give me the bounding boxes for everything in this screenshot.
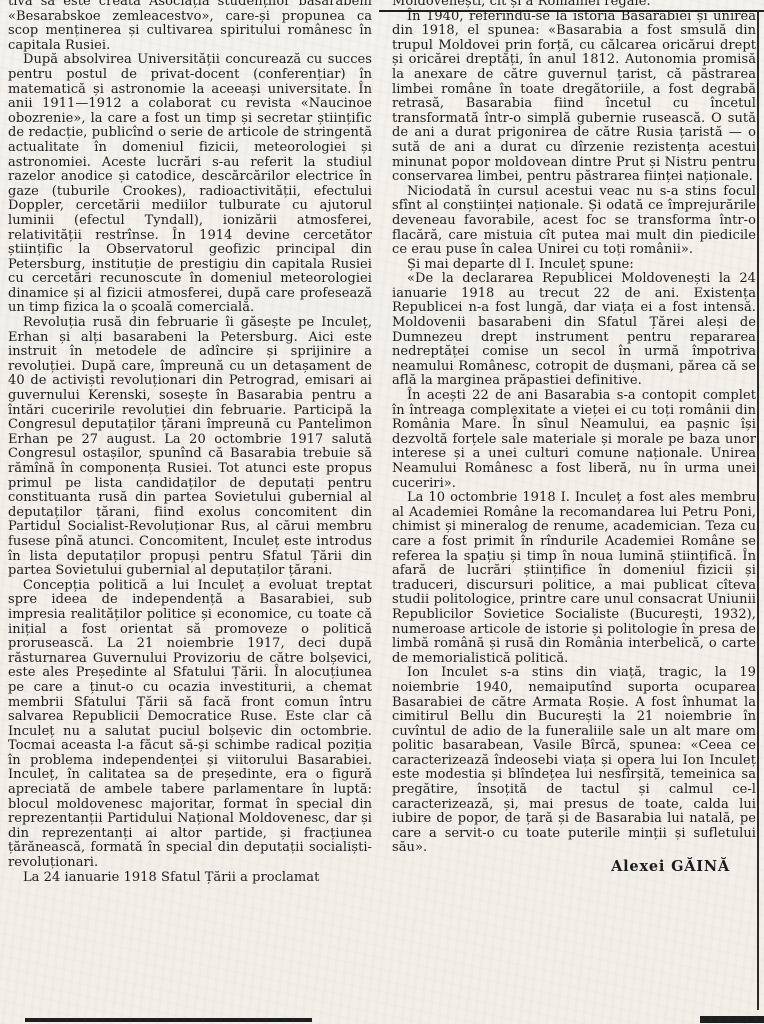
paragraph: Revoluția rusă din februarie îi găsește … <box>8 316 372 579</box>
article-body: tiva să este creată Asociația studențilo… <box>0 0 764 1024</box>
paragraph: Ion Inculet s-a stins din viață, tragic,… <box>392 666 756 856</box>
paragraph: După absolvirea Universității concurează… <box>8 53 372 316</box>
left-column: tiva să este creată Asociația studențilo… <box>8 0 372 1024</box>
paragraph: La 10 octombrie 1918 I. Inculeț a fost a… <box>392 491 756 666</box>
scanned-page-background: tiva să este creată Asociația studențilo… <box>0 0 764 1024</box>
paragraph: Niciodată în cursul acestui veac nu s-a … <box>392 185 756 258</box>
paragraph: La 24 ianuarie 1918 Sfatul Țării a procl… <box>8 871 372 886</box>
paragraph: Și mai departe dl I. Inculeț spune: <box>392 258 756 273</box>
paragraph: «De la declararea Republicei Moldoveneșt… <box>392 272 756 389</box>
paragraph: tiva să este creată Asociația studențilo… <box>8 0 372 53</box>
right-column: Moldovenești, cît și a României regale.Î… <box>392 0 756 1024</box>
paragraph: În 1940, referindu-se la istoria Basarab… <box>392 10 756 185</box>
author-signature: Alexei GĂINĂ <box>392 860 756 875</box>
bottom-left-rule <box>25 1018 312 1022</box>
paragraph: În acești 22 de ani Basarabia s-a contop… <box>392 389 756 491</box>
bottom-right-rule <box>700 1016 764 1023</box>
paragraph: Concepția politică a lui Inculeț a evolu… <box>8 579 372 871</box>
right-page-edge-line <box>757 10 759 1010</box>
top-right-horizontal-rule <box>379 10 764 12</box>
right-column-paragraphs: Moldovenești, cît și a României regale.Î… <box>392 0 756 856</box>
